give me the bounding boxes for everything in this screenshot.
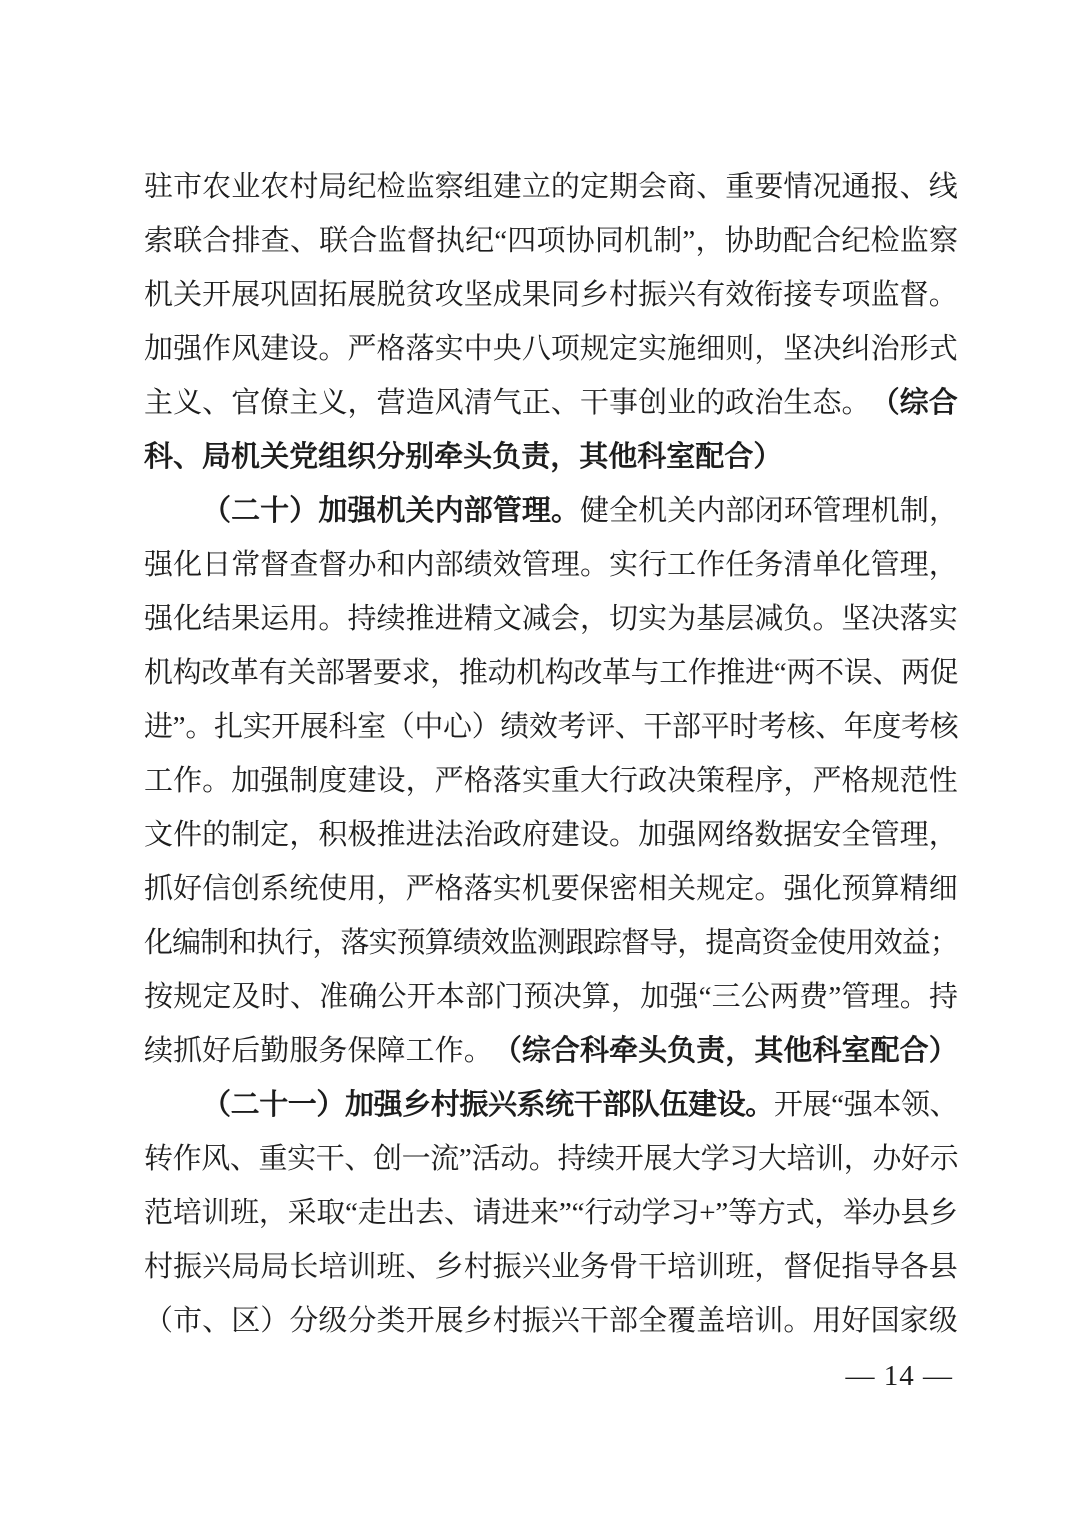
document-body: 驻市农业农村局纪检监察组建立的定期会商、重要情况通报、线索联合排查、联合监督执纪…	[144, 160, 958, 1348]
text-line: 主义、官僚主义，营造风清气正、干事创业的政治生态。（综合	[144, 376, 958, 430]
text-line: 科、局机关党组织分别牵头负责，其他科室配合）	[144, 430, 958, 484]
text-line: 化编制和执行，落实预算绩效监测跟踪督导，提高资金使用效益；	[144, 916, 958, 970]
text-line: 转作风、重实干、创一流”活动。持续开展大学习大培训，办好示	[144, 1132, 958, 1186]
text-line: 村振兴局局长培训班、乡村振兴业务骨干培训班，督促指导各县	[144, 1240, 958, 1294]
text-line: 进”。扎实开展科室（中心）绩效考评、干部平时考核、年度考核	[144, 700, 958, 754]
text-line: 抓好信创系统使用，严格落实机要保密相关规定。强化预算精细	[144, 862, 958, 916]
text-line: 文件的制定，积极推进法治政府建设。加强网络数据安全管理，	[144, 808, 958, 862]
text-line: 机关开展巩固拓展脱贫攻坚成果同乡村振兴有效衔接专项监督。	[144, 268, 958, 322]
text-line: （二十）加强机关内部管理。健全机关内部闭环管理机制，	[144, 484, 958, 538]
text-line: （市、区）分级分类开展乡村振兴干部全覆盖培训。用好国家级	[144, 1294, 958, 1348]
text-line: 强化结果运用。持续推进精文减会，切实为基层减负。坚决落实	[144, 592, 958, 646]
text-line: （二十一）加强乡村振兴系统干部队伍建设。开展“强本领、	[144, 1078, 958, 1132]
text-line: 索联合排查、联合监督执纪“四项协同机制”，协助配合纪检监察	[144, 214, 958, 268]
text-line: 续抓好后勤服务保障工作。（综合科牵头负责，其他科室配合）	[144, 1024, 958, 1078]
text-line: 加强作风建设。严格落实中央八项规定实施细则，坚决纠治形式	[144, 322, 958, 376]
page-number: — 14 —	[846, 1358, 954, 1394]
text-line: 范培训班，采取“走出去、请进来”“行动学习+”等方式，举办县乡	[144, 1186, 958, 1240]
text-line: 工作。加强制度建设，严格落实重大行政决策程序，严格规范性	[144, 754, 958, 808]
text-line: 强化日常督查督办和内部绩效管理。实行工作任务清单化管理，	[144, 538, 958, 592]
text-line: 驻市农业农村局纪检监察组建立的定期会商、重要情况通报、线	[144, 160, 958, 214]
text-line: 机构改革有关部署要求，推动机构改革与工作推进“两不误、两促	[144, 646, 958, 700]
document-page: 驻市农业农村局纪检监察组建立的定期会商、重要情况通报、线索联合排查、联合监督执纪…	[0, 0, 1074, 1520]
text-line: 按规定及时、准确公开本部门预决算，加强“三公两费”管理。持	[144, 970, 958, 1024]
